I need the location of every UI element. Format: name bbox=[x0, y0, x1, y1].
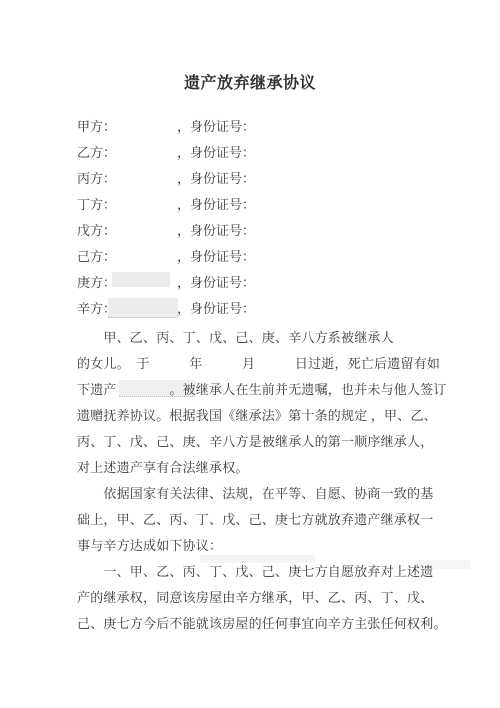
agreement-body: 甲、乙、丙、丁、戊、己、庚、辛八方系被继承人 的女儿。 于 年 月 日过逝，死亡… bbox=[77, 325, 449, 637]
body-line: 依据国家有关法律、法规，在平等、自愿、协商一致的基 bbox=[77, 481, 449, 507]
party-name-label: 丁方： bbox=[77, 192, 177, 218]
party-row: 己方： ，身份证号： bbox=[77, 244, 255, 270]
body-line: 产的继承权，同意该房屋由辛方继承，甲、乙、丙、丁、戊、 bbox=[77, 585, 449, 611]
party-row: 辛方： ，身份证号： bbox=[77, 296, 255, 322]
party-name-label: 甲方： bbox=[77, 114, 177, 140]
body-line: 的女儿。 于 年 月 日过逝，死亡后遗留有如 bbox=[77, 351, 449, 377]
party-name-label: 戊方： bbox=[77, 218, 177, 244]
body-line: 下遗产 。被继承人在生前并无遗嘱，也并未与他人签订 bbox=[77, 377, 449, 403]
party-id-label: ，身份证号： bbox=[177, 244, 255, 270]
body-line: 遗赠抚养协议。根据我国《继承法》第十条的规定 ，甲、乙、 bbox=[77, 403, 449, 429]
party-id-label: ，身份证号： bbox=[177, 140, 255, 166]
body-line: 事与辛方达成如下协议： bbox=[77, 533, 449, 559]
party-list: 甲方： ，身份证号： 乙方： ，身份证号： 丙方： ，身份证号： 丁方： ，身份… bbox=[77, 114, 255, 322]
body-line: 丙、丁、戊、己、庚、辛八方是被继承人的第一顺序继承人， bbox=[77, 429, 449, 455]
party-name-label: 辛方： bbox=[77, 296, 177, 322]
body-line: 一、甲、乙、丙、丁、戊、己、庚七方自愿放弃对上述遗 bbox=[77, 559, 449, 585]
party-row: 丁方： ，身份证号： bbox=[77, 192, 255, 218]
party-id-label: ，身份证号： bbox=[177, 166, 255, 192]
party-name-label: 庚方： bbox=[77, 270, 177, 296]
party-name-label: 己方： bbox=[77, 244, 177, 270]
party-name-label: 丙方： bbox=[77, 166, 177, 192]
agreement-document-page: 遗产放弃继承协议 甲方： ，身份证号： 乙方： ，身份证号： 丙方： ，身份证号… bbox=[0, 0, 500, 708]
party-id-label: ，身份证号： bbox=[177, 114, 255, 140]
party-row: 甲方： ，身份证号： bbox=[77, 114, 255, 140]
party-row: 戊方： ，身份证号： bbox=[77, 218, 255, 244]
party-row: 丙方： ，身份证号： bbox=[77, 166, 255, 192]
body-line: 己、庚七方今后不能就该房屋的任何事宜向辛方主张任何权利。 bbox=[77, 611, 449, 637]
party-row: 庚方： ，身份证号： bbox=[77, 270, 255, 296]
body-line: 对上述遗产享有合法继承权。 bbox=[77, 455, 449, 481]
document-title: 遗产放弃继承协议 bbox=[0, 71, 500, 97]
party-id-label: ，身份证号： bbox=[177, 270, 255, 296]
party-id-label: ，身份证号： bbox=[177, 192, 255, 218]
party-name-label: 乙方： bbox=[77, 140, 177, 166]
party-row: 乙方： ，身份证号： bbox=[77, 140, 255, 166]
body-line: 础上，甲、乙、丙、丁、戊、己、庚七方就放弃遗产继承权一 bbox=[77, 507, 449, 533]
body-line: 甲、乙、丙、丁、戊、己、庚、辛八方系被继承人 bbox=[77, 325, 449, 351]
party-id-label: ，身份证号： bbox=[177, 218, 255, 244]
party-id-label: ，身份证号： bbox=[177, 296, 255, 322]
